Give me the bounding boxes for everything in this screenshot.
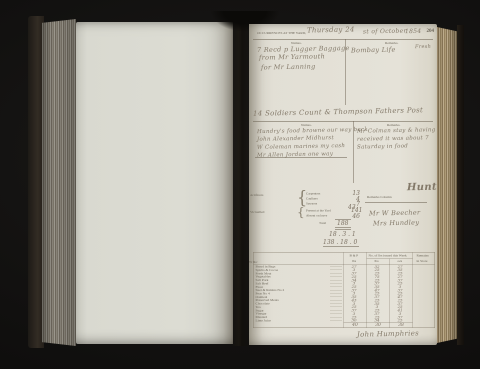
muster-row-label: Absent on leave (306, 214, 327, 217)
total-value: 38 (390, 323, 413, 328)
muster-row: Absent on leave 46 (306, 213, 360, 218)
header-rule (253, 39, 433, 40)
page-number: 204 (427, 29, 435, 34)
entry-line: John Alexander Midhurst (257, 135, 334, 143)
section2-header-remarks: Remarks. (387, 123, 400, 127)
handwritten-year: 1854 (405, 28, 422, 35)
dotted-leader (331, 313, 342, 314)
dotted-leader (331, 297, 342, 298)
section2-header-names: Names. (301, 123, 312, 127)
column-header-remarks: Remarks. (385, 41, 398, 45)
dotted-leader (331, 283, 342, 284)
entry-line: received it was about 7 (357, 135, 429, 143)
provisions-rows: Bread in Bags 27 32 27 Spirits & Cocoa 3… (254, 265, 435, 322)
dotted-leader (331, 317, 342, 318)
muster-row-label: Caulkers (306, 197, 318, 200)
remarks-column-underline (365, 202, 427, 203)
handwritten-name: Mrs Hundley (373, 219, 419, 228)
handwritten-date-ordinal: st of October (363, 28, 407, 36)
total-value: 30 (367, 323, 390, 328)
double-rule-1 (335, 227, 351, 228)
money-underline (323, 246, 359, 247)
dotted-leader (331, 307, 342, 308)
printed-page-title: OCCURRENCES AT THE YARD, (257, 31, 306, 35)
sub-col-header: lbs (375, 259, 379, 263)
col-span-header: No. of lbs issued this Week (369, 254, 407, 258)
provisions-row: Lime Juice 30 34 25 (254, 319, 435, 322)
clerk-signature: Hunt (407, 182, 437, 194)
mid-entry-line: 14 Soldiers Count & Thompson Fathers Pos… (253, 106, 423, 118)
handwritten-day: Thursday 24 (307, 26, 355, 35)
provisions-table: B & P lbs No. of lbs issued this Week lb… (253, 252, 435, 331)
col-header: B & P (350, 254, 359, 258)
muster-side-label: Artificers (250, 193, 263, 197)
section2-rule (253, 121, 433, 122)
muster-side-value: 43 (348, 204, 356, 211)
col-header: Remains (417, 254, 429, 258)
muster-row-label: Carpenters (306, 192, 320, 195)
left-page-edges (42, 19, 76, 346)
handwritten-name: Mr W Beecher (369, 208, 421, 217)
provisions-table-border: B & P lbs No. of lbs issued this Week lb… (253, 252, 435, 328)
dotted-leader (331, 280, 342, 281)
total-value: 40 (344, 323, 367, 328)
left-blank-page (76, 22, 233, 344)
dotted-leader (331, 320, 342, 321)
entry-line: Mr Colman stay & having (357, 127, 436, 135)
dotted-leader (331, 270, 342, 271)
right-page-edges (437, 27, 459, 343)
col-header: in Store (417, 259, 428, 263)
total-value: 188 (337, 220, 348, 227)
dotted-leader (331, 273, 342, 274)
provision-label: Lime Juice (256, 318, 331, 322)
dotted-leader (331, 266, 342, 267)
entry-line: Bombay Life (351, 46, 396, 55)
right-ledger-page: OCCURRENCES AT THE YARD, Thursday 24 st … (249, 24, 437, 345)
entry-line: from Mr Yarmouth (259, 52, 325, 61)
entry-line: Saturday in food (357, 143, 408, 150)
sub-col-header: ozs (398, 259, 403, 263)
entry-line: for Mr Lanning (261, 62, 316, 71)
money-amount: 18 . 3 . 1 (329, 231, 356, 238)
dotted-leader (331, 276, 342, 277)
left-column-underline (255, 157, 347, 158)
dotted-leader (331, 300, 342, 301)
double-rule-2 (335, 229, 351, 230)
money-amount: 138 . 18 . 0 (323, 239, 357, 246)
total-label: Total (319, 221, 326, 225)
muster-side-label: Victualled (250, 210, 264, 214)
muster-row-value: 46 (352, 213, 360, 220)
muster-row-label: Present at the Yard (306, 209, 331, 212)
dotted-leader (331, 310, 342, 311)
col-header: lbs (352, 259, 356, 263)
book-right-cover-edge (457, 25, 464, 345)
book-left-cover-edge (28, 16, 44, 348)
book-gutter-shadow (231, 19, 251, 346)
entry-line: W Coleman marines my cash (257, 143, 345, 151)
muster-row-label: Sawyers (306, 203, 317, 206)
brace-glyph: { (297, 205, 305, 219)
remarks-column-label: Remarks Column (367, 195, 392, 199)
dotted-leader (331, 290, 342, 291)
dotted-leader (331, 293, 342, 294)
page-signature: John Humphries (357, 329, 419, 338)
table-span-rule (367, 259, 413, 260)
entry-note: Fresh (415, 44, 431, 50)
dotted-leader (331, 287, 342, 288)
ledger-photograph: OCCURRENCES AT THE YARD, Thursday 24 st … (0, 0, 480, 369)
entry-line: Hundry's food browne our way back (257, 127, 368, 135)
dotted-leader (331, 303, 342, 304)
